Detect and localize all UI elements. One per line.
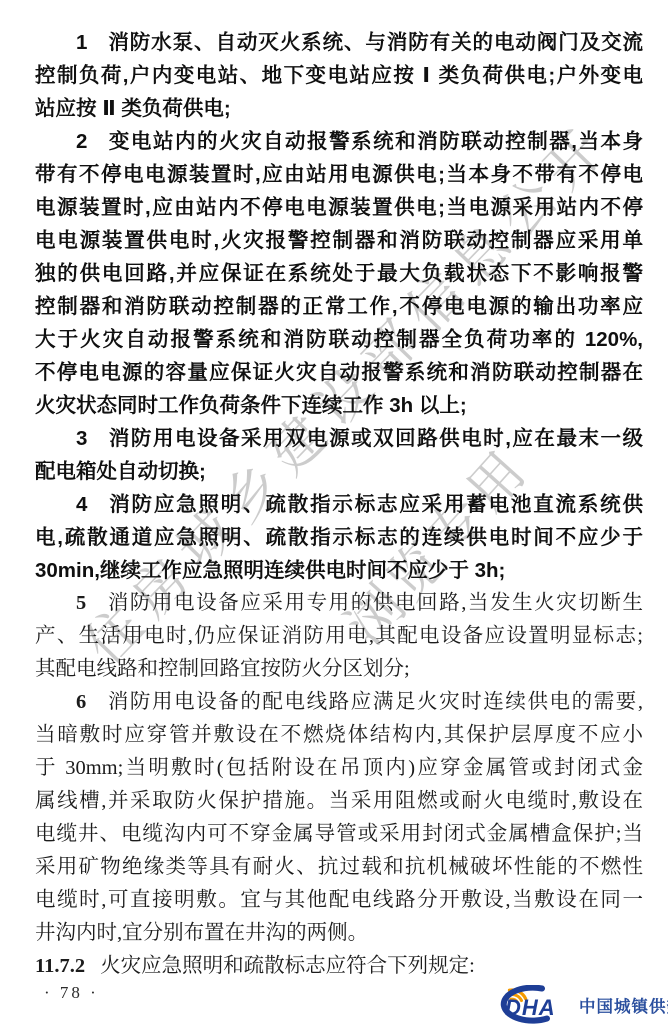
text-line: 大于火灾自动报警系统和消防联动控制器全负荷功率的 120%,	[35, 323, 643, 356]
text-line: 30min,继续工作应急照明连续供电时间不应少于 3h;	[35, 554, 643, 587]
section-heading: 11.7.2火灾应急照明和疏散标志应符合下列规定:	[35, 950, 643, 983]
line-text: 电缆井、电缆沟内可不穿金属导管或采用封闭式金属槽盒保护;当	[35, 823, 643, 845]
text-line: 于 30mm;当明敷时(包括附设在吊顶内)应穿金属管或封闭式金	[35, 752, 643, 785]
item-number: 6	[76, 691, 86, 713]
text-line: 电源装置时,应由站内不停电电源装置供电;当电源采用站内不停	[35, 191, 643, 224]
line-text: 电源装置时,应由站内不停电电源装置供电;当电源采用站内不停	[35, 196, 643, 219]
line-text: 采用矿物绝缘类等具有耐火、抗过载和抗机械破坏性能的不燃性	[35, 856, 643, 878]
line-text: 电电源装置供电时,火灾报警控制器和消防联动控制器应采用单	[35, 229, 643, 252]
line-text: 变电站内的火灾自动报警系统和消防联动控制器,当本身	[107, 130, 643, 153]
page-number: · 78 ·	[44, 983, 99, 1003]
line-text: 属线槽,并采取防火保护措施。当采用阻燃或耐火电缆时,敷设在	[35, 790, 643, 812]
line-text: 30min,继续工作应急照明连续供电时间不应少于 3h;	[35, 559, 505, 582]
text-line: 1消防水泵、自动灭火系统、与消防有关的电动阀门及交流	[35, 26, 643, 59]
text-line: 不停电电源的容量应保证火灾自动报警系统和消防联动控制器在	[35, 356, 643, 389]
line-text: 当暗敷时应穿管并敷设在不燃烧体结构内,其保护层厚度不应小	[35, 724, 643, 746]
line-text: 配电箱处自动切换;	[35, 460, 206, 483]
text-line: 带有不停电电源装置时,应由站用电源供电;当本身不带有不停电	[35, 158, 643, 191]
line-text: 控制负荷,户内变电站、地下变电站应按 Ⅰ 类负荷供电;户外变电	[35, 64, 643, 87]
text-line: 控制器和消防联动控制器的正常工作,不停电电源的输出功率应	[35, 290, 643, 323]
item-number: 2	[76, 130, 87, 153]
text-line: 采用矿物绝缘类等具有耐火、抗过载和抗机械破坏性能的不燃性	[35, 851, 643, 884]
line-text: 产、生活用电时,仍应保证消防用电,其配电设备应设置明显标志;	[35, 625, 643, 647]
text-line: 电缆井、电缆沟内可不穿金属导管或采用封闭式金属槽盒保护;当	[35, 818, 643, 851]
text-line: 配电箱处自动切换;	[35, 455, 643, 488]
line-text: 消防水泵、自动灭火系统、与消防有关的电动阀门及交流	[107, 31, 643, 54]
text-line: 控制负荷,户内变电站、地下变电站应按 Ⅰ 类负荷供电;户外变电	[35, 59, 643, 92]
line-text: 消防用电设备采用双电源或双回路供电时,应在最末一级	[107, 427, 643, 450]
line-text: 其配电线路和控制回路宜按防火分区划分;	[35, 658, 410, 680]
line-text: 大于火灾自动报警系统和消防联动控制器全负荷功率的 120%,	[35, 328, 643, 351]
text-line: 电缆时,可直接明敷。宜与其他配电线路分开敷设,当敷设在同一	[35, 884, 643, 917]
section-number: 11.7.2	[35, 955, 85, 977]
association-logo: DHA 中国城镇供热协会	[482, 983, 668, 1027]
line-text: 控制器和消防联动控制器的正常工作,不停电电源的输出功率应	[35, 295, 643, 318]
document-page: { "page": {"width": 668, "height": 1031,…	[0, 0, 668, 1031]
line-text: 独的供电回路,并应保证在系统处于最大负载状态下不影响报警	[35, 262, 643, 285]
line-text: 消防用电设备的配电线路应满足火灾时连续供电的需要,	[106, 691, 643, 713]
text-line: 电电源装置供电时,火灾报警控制器和消防联动控制器应采用单	[35, 224, 643, 257]
dha-logo-icon: DHA	[482, 985, 574, 1025]
text-line: 其配电线路和控制回路宜按防火分区划分;	[35, 653, 643, 686]
text-line: 当暗敷时应穿管并敷设在不燃烧体结构内,其保护层厚度不应小	[35, 719, 643, 752]
text-line: 井沟内时,宜分别布置在井沟的两侧。	[35, 917, 643, 950]
line-text: 于 30mm;当明敷时(包括附设在吊顶内)应穿金属管或封闭式金	[35, 757, 643, 779]
text-line: 4消防应急照明、疏散指示标志应采用蓄电池直流系统供	[35, 488, 643, 521]
line-text: 电缆时,可直接明敷。宜与其他配电线路分开敷设,当敷设在同一	[35, 889, 643, 911]
text-line: 属线槽,并采取防火保护措施。当采用阻燃或耐火电缆时,敷设在	[35, 785, 643, 818]
line-text: 消防应急照明、疏散指示标志应采用蓄电池直流系统供	[107, 493, 643, 516]
line-text: 不停电电源的容量应保证火灾自动报警系统和消防联动控制器在	[35, 361, 643, 384]
line-text: 火灾应急照明和疏散标志应符合下列规定:	[100, 955, 475, 977]
line-text: 消防用电设备应采用专用的供电回路,当发生火灾切断生	[106, 592, 643, 614]
text-line: 6消防用电设备的配电线路应满足火灾时连续供电的需要,	[35, 686, 643, 719]
line-text: 火灾状态同时工作负荷条件下连续工作 3h 以上;	[35, 394, 467, 417]
item-number: 3	[76, 427, 87, 450]
text-line: 5消防用电设备应采用专用的供电回路,当发生火灾切断生	[35, 587, 643, 620]
item-number: 5	[76, 592, 86, 614]
line-text: 井沟内时,宜分别布置在井沟的两侧。	[35, 922, 368, 944]
text-lines: 1消防水泵、自动灭火系统、与消防有关的电动阀门及交流控制负荷,户内变电站、地下变…	[35, 26, 643, 983]
line-text: 带有不停电电源装置时,应由站用电源供电;当本身不带有不停电	[35, 163, 643, 186]
text-line: 产、生活用电时,仍应保证消防用电,其配电设备应设置明显标志;	[35, 620, 643, 653]
logo-letters: DHA	[505, 995, 556, 1020]
line-text: 站应按 Ⅱ 类负荷供电;	[35, 97, 231, 120]
text-line: 火灾状态同时工作负荷条件下连续工作 3h 以上;	[35, 389, 643, 422]
text-line: 独的供电回路,并应保证在系统处于最大负载状态下不影响报警	[35, 257, 643, 290]
text-line: 3消防用电设备采用双电源或双回路供电时,应在最末一级	[35, 422, 643, 455]
item-number: 1	[76, 31, 87, 54]
text-line: 2变电站内的火灾自动报警系统和消防联动控制器,当本身	[35, 125, 643, 158]
text-line: 电,疏散通道应急照明、疏散指示标志的连续供电时间不应少于	[35, 521, 643, 554]
line-text: 电,疏散通道应急照明、疏散指示标志的连续供电时间不应少于	[35, 526, 643, 549]
item-number: 4	[76, 493, 87, 516]
text-line: 站应按 Ⅱ 类负荷供电;	[35, 92, 643, 125]
association-name: 中国城镇供热协会	[579, 993, 668, 1017]
